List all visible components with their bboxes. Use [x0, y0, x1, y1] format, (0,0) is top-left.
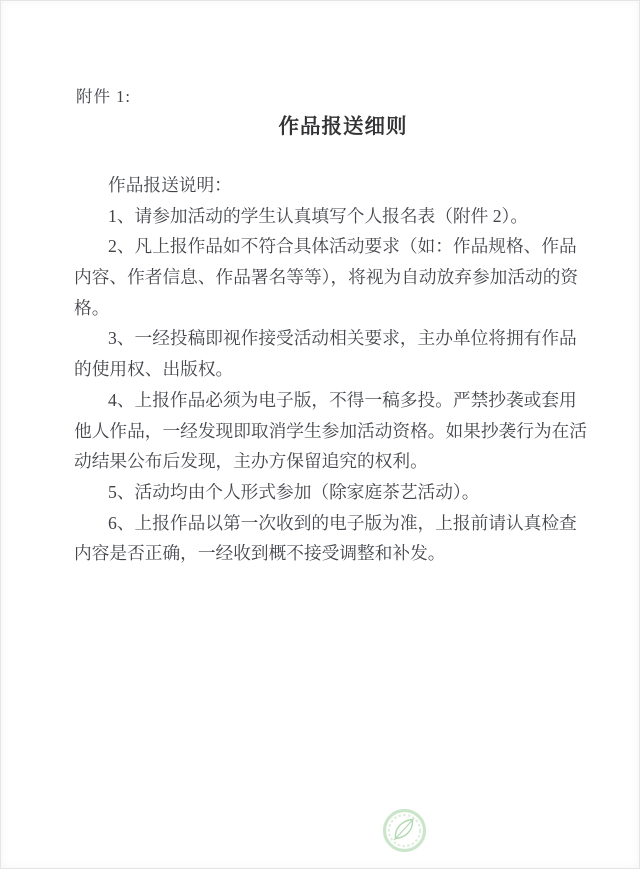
page-title: 作品报送细则	[1, 109, 639, 139]
text-line: 1、请参加活动的学生认真填写个人报名表（附件 2）。	[74, 201, 589, 232]
text-line: 5、活动均由个人形式参加（除家庭茶艺活动）。	[74, 477, 589, 508]
text-line: 2、凡上报作品如不符合具体活动要求（如：作品规格、作品	[74, 231, 589, 262]
paragraph: 4、上报作品必须为电子版，不得一稿多投。严禁抄袭或套用他人作品，一经发现即取消学…	[74, 385, 589, 477]
document-page: 附件 1: 作品报送细则 作品报送说明： 1、请参加活动的学生认真填写个人报名表…	[0, 0, 640, 869]
text-line: 3、一经投稿即视作接受活动相关要求，主办单位将拥有作品	[74, 323, 589, 354]
text-line: 内容、作者信息、作品署名等等），将视为自动放弃参加活动的资	[74, 262, 589, 293]
text-line: 格。	[74, 293, 589, 324]
paragraph: 2、凡上报作品如不符合具体活动要求（如：作品规格、作品内容、作者信息、作品署名等…	[74, 231, 589, 323]
paragraph: 3、一经投稿即视作接受活动相关要求，主办单位将拥有作品的使用权、出版权。	[74, 323, 589, 384]
text-line: 4、上报作品必须为电子版，不得一稿多投。严禁抄袭或套用	[74, 385, 589, 416]
paragraph: 6、上报作品以第一次收到的电子版为准，上报前请认真检查内容是否正确，一经收到概不…	[74, 508, 589, 569]
paragraph: 5、活动均由个人形式参加（除家庭茶艺活动）。	[74, 477, 589, 508]
paragraphs: 1、请参加活动的学生认真填写个人报名表（附件 2）。2、凡上报作品如不符合具体活…	[74, 201, 589, 569]
text-line: 的使用权、出版权。	[74, 354, 589, 385]
text-line: 他人作品，一经发现即取消学生参加活动资格。如果抄袭行为在活	[74, 416, 589, 447]
document-body: 作品报送说明： 1、请参加活动的学生认真填写个人报名表（附件 2）。2、凡上报作…	[74, 170, 589, 569]
text-line: 动结果公布后发现，主办方保留追究的权利。	[74, 446, 589, 477]
text-line: 内容是否正确，一经收到概不接受调整和补发。	[74, 538, 589, 569]
attachment-label: 附件 1:	[76, 83, 131, 107]
paragraph: 1、请参加活动的学生认真填写个人报名表（附件 2）。	[74, 201, 589, 232]
leaf-seal-icon	[381, 807, 428, 854]
intro-line: 作品报送说明：	[74, 170, 589, 201]
text-line: 6、上报作品以第一次收到的电子版为准，上报前请认真检查	[74, 508, 589, 539]
